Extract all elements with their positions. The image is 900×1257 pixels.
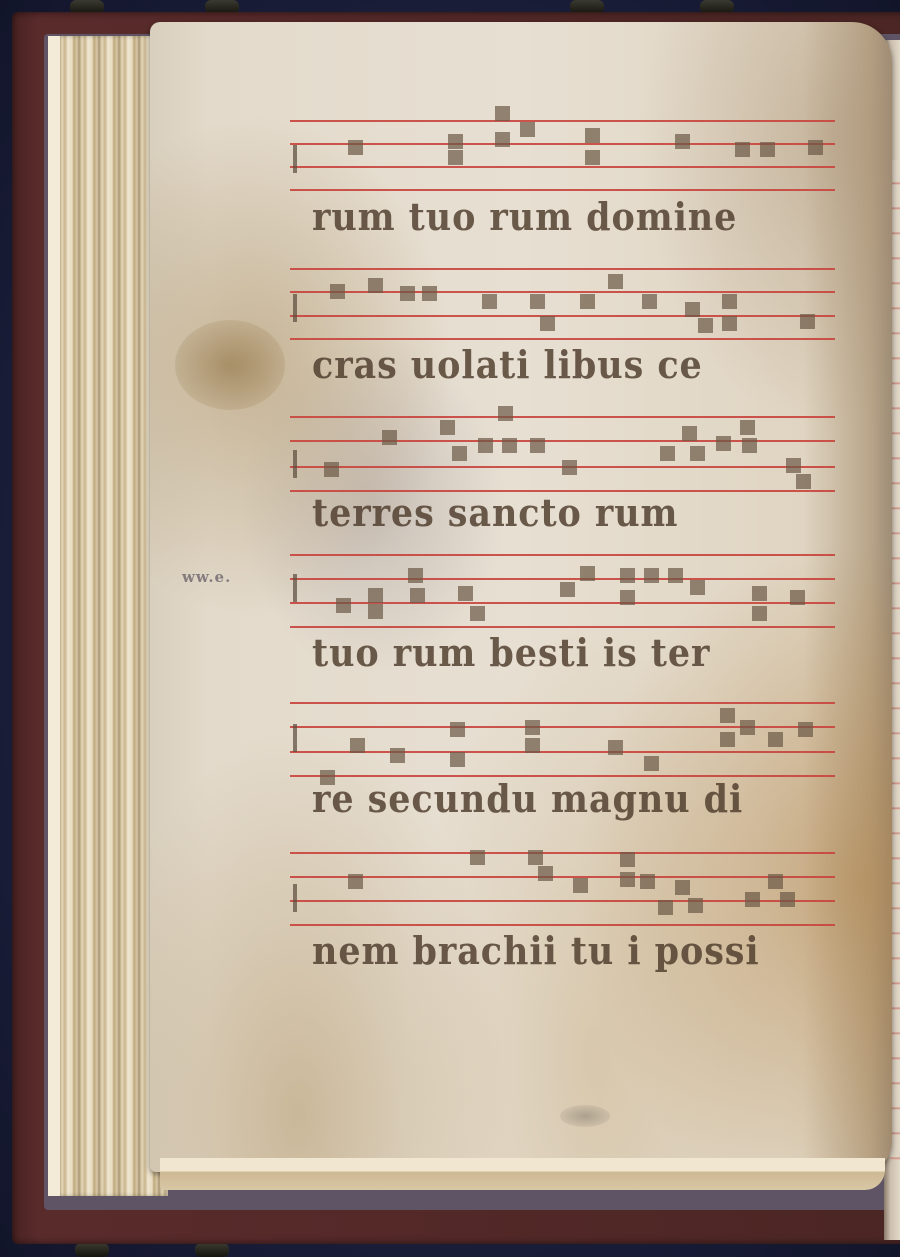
staff-line: [290, 924, 835, 926]
neume-icon: [482, 294, 497, 309]
clasp: [195, 1243, 229, 1257]
neume-icon: [745, 892, 760, 907]
music-system: re secundu magnu di: [290, 692, 835, 840]
neume-icon: [608, 740, 623, 755]
neume-icon: [573, 878, 588, 893]
staff-line: [290, 751, 835, 753]
neume-icon: [690, 446, 705, 461]
staff-line: [290, 189, 835, 191]
neume-icon: [498, 406, 513, 421]
music-system: tuo rum besti is ter: [290, 544, 835, 692]
neume-icon: [525, 720, 540, 735]
neume-icon: [740, 420, 755, 435]
neume-icon: [668, 568, 683, 583]
neume-icon: [620, 568, 635, 583]
neume-icon: [760, 142, 775, 157]
neume-icon: [336, 598, 351, 613]
neume-icon: [348, 874, 363, 889]
neume-icon: [560, 582, 575, 597]
neume-icon: [642, 294, 657, 309]
neume-icon: [530, 294, 545, 309]
neume-icon: [658, 900, 673, 915]
neume-icon: [495, 106, 510, 121]
neume-icon: [348, 140, 363, 155]
staff-line: [290, 578, 835, 580]
neume-icon: [330, 284, 345, 299]
staff-line: [290, 554, 835, 556]
neume-icon: [768, 732, 783, 747]
staff-line: [290, 702, 835, 704]
water-stain: [175, 320, 285, 410]
neume-icon: [722, 316, 737, 331]
neume-icon: [644, 756, 659, 771]
neume-icon: [324, 462, 339, 477]
neume-icon: [408, 568, 423, 583]
neume-icon: [450, 722, 465, 737]
staff: [290, 110, 835, 190]
neume-icon: [720, 732, 735, 747]
clef-icon: [293, 145, 297, 173]
neume-icon: [585, 128, 600, 143]
neume-icon: [368, 604, 383, 619]
staff: [290, 406, 835, 486]
staff: [290, 258, 835, 338]
lyric-line: terres sancto rum: [312, 490, 793, 536]
neume-icon: [400, 286, 415, 301]
neume-icon: [796, 474, 811, 489]
staff-line: [290, 120, 835, 122]
lyric-line: rum tuo rum domine: [312, 194, 793, 240]
neume-icon: [786, 458, 801, 473]
staff-line: [290, 166, 835, 168]
neume-icon: [752, 606, 767, 621]
neume-icon: [675, 880, 690, 895]
neume-icon: [580, 566, 595, 581]
neume-icon: [520, 122, 535, 137]
margin-annotation: ww.e.: [182, 568, 231, 586]
neume-icon: [495, 132, 510, 147]
neume-icon: [620, 852, 635, 867]
lyric-line: re secundu magnu di: [312, 776, 793, 822]
neume-icon: [620, 590, 635, 605]
neume-icon: [452, 446, 467, 461]
neume-icon: [752, 586, 767, 601]
staff: [290, 702, 835, 782]
neume-icon: [470, 850, 485, 865]
neume-icon: [538, 866, 553, 881]
neume-icon: [448, 150, 463, 165]
clef-icon: [293, 574, 297, 602]
neume-icon: [368, 588, 383, 603]
music-notation-block: rum tuo rum domine cras uolati libus: [290, 100, 835, 988]
flyleaf-edge: [48, 36, 60, 1196]
neume-icon: [350, 738, 365, 753]
neume-icon: [470, 606, 485, 621]
neume-icon: [768, 874, 783, 889]
neume-icon: [722, 294, 737, 309]
music-system: rum tuo rum domine: [290, 100, 835, 248]
staff: [290, 850, 835, 930]
lyric-line: nem brachii tu i possi: [312, 928, 793, 974]
music-system: nem brachii tu i possi: [290, 840, 835, 988]
clef-icon: [293, 450, 297, 478]
neume-icon: [502, 438, 517, 453]
neume-icon: [698, 318, 713, 333]
neume-icon: [640, 874, 655, 889]
neume-icon: [530, 438, 545, 453]
neume-icon: [422, 286, 437, 301]
staff-line: [290, 143, 835, 145]
neume-icon: [780, 892, 795, 907]
neume-icon: [690, 580, 705, 595]
neume-icon: [390, 748, 405, 763]
neume-icon: [368, 278, 383, 293]
neume-icon: [688, 898, 703, 913]
neume-icon: [790, 590, 805, 605]
neume-icon: [800, 314, 815, 329]
neume-icon: [675, 134, 690, 149]
neume-icon: [440, 420, 455, 435]
clef-icon: [293, 294, 297, 322]
neume-icon: [808, 140, 823, 155]
neume-icon: [525, 738, 540, 753]
staff-line: [290, 315, 835, 317]
neume-icon: [562, 460, 577, 475]
neume-icon: [720, 708, 735, 723]
neume-icon: [410, 588, 425, 603]
staff-line: [290, 338, 835, 340]
staff-line: [290, 268, 835, 270]
neume-icon: [382, 430, 397, 445]
neume-icon: [620, 872, 635, 887]
neume-icon: [458, 586, 473, 601]
neume-icon: [585, 150, 600, 165]
lyric-line: tuo rum besti is ter: [312, 630, 793, 676]
neume-icon: [478, 438, 493, 453]
neume-icon: [450, 752, 465, 767]
neume-icon: [682, 426, 697, 441]
staff: [290, 554, 835, 634]
neume-icon: [608, 274, 623, 289]
staff-line: [290, 416, 835, 418]
music-system: terres sancto rum: [290, 396, 835, 544]
staff-line: [290, 626, 835, 628]
staff-line: [290, 876, 835, 878]
neume-icon: [644, 568, 659, 583]
clef-icon: [293, 724, 297, 752]
clasp: [75, 1243, 109, 1257]
neume-icon: [798, 722, 813, 737]
neume-icon: [740, 720, 755, 735]
neume-icon: [448, 134, 463, 149]
lyric-line: cras uolati libus ce: [312, 342, 793, 388]
neume-icon: [580, 294, 595, 309]
music-system: cras uolati libus ce: [290, 248, 835, 396]
neume-icon: [742, 438, 757, 453]
neume-icon: [540, 316, 555, 331]
page-bottom-edge: [160, 1158, 885, 1190]
staff-line: [290, 852, 835, 854]
clef-icon: [293, 884, 297, 912]
neume-icon: [685, 302, 700, 317]
neume-icon: [716, 436, 731, 451]
neume-icon: [735, 142, 750, 157]
neume-icon: [660, 446, 675, 461]
neume-icon: [528, 850, 543, 865]
parchment-hole: [560, 1105, 610, 1127]
